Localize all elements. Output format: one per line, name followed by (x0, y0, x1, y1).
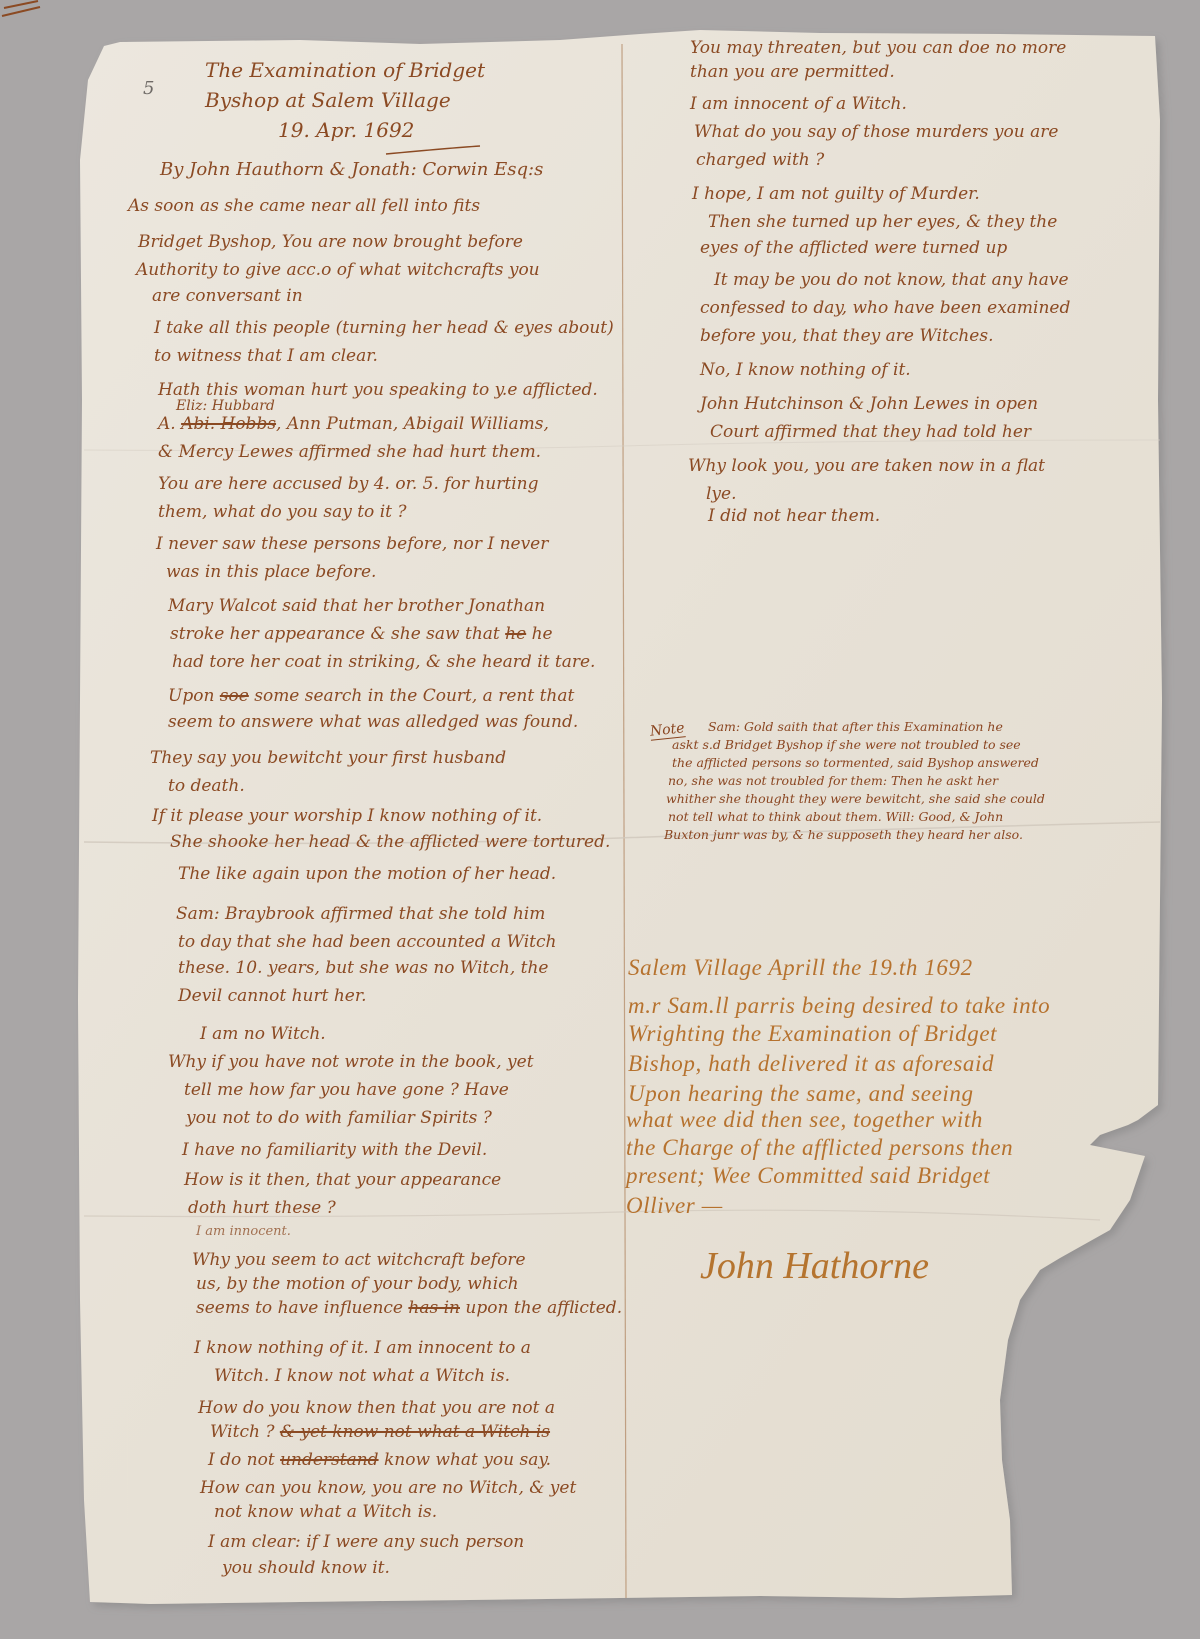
transcript-line: eyes of the afflicted were turned up (700, 238, 1007, 258)
transcript-line: Court affirmed that they had told her (710, 422, 1031, 442)
transcript-line: How do you know then that you are not a (198, 1398, 555, 1418)
transcript-line: seem to answere what was alledged was fo… (168, 712, 578, 732)
transcript-line: was in this place before. (166, 562, 376, 582)
transcript-line: than you are permitted. (690, 62, 895, 82)
note-line: Sam: Gold saith that after this Examinat… (708, 720, 1003, 734)
transcript-line: I am clear: if I were any such person (208, 1532, 524, 1552)
transcript-line: stroke her appearance & she saw that he … (170, 624, 553, 644)
transcript-line: tell me how far you have gone ? Have (184, 1080, 509, 1100)
note-line: Buxton junr was by, & he supposeth they … (664, 828, 1023, 842)
transcript-line: you should know it. (222, 1558, 390, 1578)
title-line-1: The Examination of Bridget (205, 60, 485, 80)
transcript-line: What do you say of those murders you are (694, 122, 1058, 142)
transcript-line: to witness that I am clear. (154, 346, 378, 366)
transcript-line: Authority to give acc.o of what witchcra… (136, 260, 540, 280)
transcript-line: I am innocent. (196, 1222, 291, 1242)
note-line: askt s.d Bridget Byshop if she were not … (672, 738, 1021, 752)
transcript-line: How is it then, that your appearance (184, 1170, 501, 1190)
transcript-line: Why if you have not wrote in the book, y… (168, 1052, 534, 1072)
attestation-line: Bishop, hath delivered it as aforesaid (628, 1054, 994, 1074)
transcript-line: charged with ? (696, 150, 824, 170)
transcript-line: The like again upon the motion of her he… (178, 864, 556, 884)
page-number: 5 (143, 78, 154, 99)
transcript-line: Witch. I know not what a Witch is. (214, 1366, 510, 1386)
transcript-line: I take all this people (turning her head… (154, 318, 614, 338)
transcript-line: She shooke her head & the afflicted were… (170, 832, 610, 852)
transcript-line: I never saw these persons before, nor I … (156, 534, 548, 554)
transcript-line: A. Abi. Hobbs, Ann Putman, Abigail Willi… (158, 414, 549, 434)
transcript-line: You may threaten, but you can doe no mor… (690, 38, 1066, 58)
attestation-line: Wrighting the Examination of Bridget (628, 1024, 997, 1044)
transcript-line: doth hurt these ? (188, 1198, 336, 1218)
transcript-line: They say you bewitcht your first husband (150, 748, 506, 768)
note-line: whither she thought they were bewitcht, … (666, 792, 1045, 806)
manuscript-page: 5 The Examination of Bridget Byshop at S… (0, 0, 1200, 1639)
transcript-line: I am innocent of a Witch. (690, 94, 907, 114)
margin-mark-icon (0, 0, 44, 18)
transcript-line: Why you seem to act witchcraft before (192, 1250, 526, 1270)
attestation-line: Upon hearing the same, and seeing (628, 1084, 974, 1104)
title-date: 19. Apr. 1692 (278, 120, 414, 140)
transcript-line: us, by the motion of your body, which (196, 1274, 519, 1294)
transcript-line: It may be you do not know, that any have (714, 270, 1069, 290)
interlined-name: Eliz: Hubbard (176, 396, 275, 416)
transcript-line: had tore her coat in striking, & she hea… (172, 652, 595, 672)
transcript-line: I am no Witch. (200, 1024, 326, 1044)
note-line: the afflicted persons so tormented, said… (672, 756, 1039, 770)
transcript-line: I do not understand know what you say. (208, 1450, 551, 1470)
transcript-line: How can you know, you are no Witch, & ye… (200, 1478, 576, 1498)
transcript-line: If it please your worship I know nothing… (152, 806, 542, 826)
transcript-line: to day that she had been accounted a Wit… (178, 932, 556, 952)
attestation-line: the Charge of the afflicted persons then (626, 1138, 1013, 1158)
transcript-line: Why look you, you are taken now in a fla… (688, 456, 1045, 476)
examiners-line: By John Hauthorn & Jonath: Corwin Esq:s (160, 160, 543, 180)
transcript-line: Then she turned up her eyes, & they the (708, 212, 1057, 232)
transcript-line: You are here accused by 4. or. 5. for hu… (158, 474, 538, 494)
transcript-line: are conversant in (152, 286, 303, 306)
attestation-heading: Salem Village Aprill the 19.th 1692 (628, 958, 973, 978)
transcript-line: No, I know nothing of it. (700, 360, 911, 380)
transcript-line: Sam: Braybrook affirmed that she told hi… (176, 904, 545, 924)
transcript-line: Bridget Byshop, You are now brought befo… (138, 232, 523, 252)
transcript-line: I know nothing of it. I am innocent to a (194, 1338, 531, 1358)
transcript-line: them, what do you say to it ? (158, 502, 406, 522)
transcript-line: to death. (168, 776, 245, 796)
transcript-line: Upon soe some search in the Court, a ren… (168, 686, 574, 706)
attestation-line: what wee did then see, together with (626, 1110, 983, 1130)
transcript-line: As soon as she came near all fell into f… (128, 196, 480, 216)
transcript-line: & Mercy Lewes affirmed she had hurt them… (158, 442, 541, 462)
transcript-line: Witch ? & yet know not what a Witch is (210, 1422, 550, 1442)
attestation-line: m.r Sam.ll parris being desired to take … (628, 996, 1050, 1016)
note-line: not tell what to think about them. Will:… (668, 810, 1003, 824)
transcript-line: confessed to day, who have been examined (700, 298, 1070, 318)
transcript-line: I did not hear them. (708, 506, 880, 526)
transcript-line: before you, that they are Witches. (700, 326, 993, 346)
transcript-line: these. 10. years, but she was no Witch, … (178, 958, 549, 978)
transcript-line: you not to do with familiar Spirits ? (186, 1108, 492, 1128)
signature: John Hathorne (700, 1244, 929, 1288)
note-line: no, she was not troubled for them: Then … (668, 774, 998, 788)
attestation-line: Olliver — (626, 1196, 723, 1216)
title-line-2: Byshop at Salem Village (205, 90, 451, 110)
transcript-line: seems to have influence has in upon the … (196, 1298, 622, 1318)
transcript-line: John Hutchinson & John Lewes in open (700, 394, 1038, 414)
transcript-line: Devil cannot hurt her. (178, 986, 367, 1006)
transcript-line: Mary Walcot said that her brother Jonath… (168, 596, 545, 616)
transcript-line: not know what a Witch is. (214, 1502, 437, 1522)
attestation-line: present; Wee Committed said Bridget (626, 1166, 990, 1186)
transcript-line: lye. (706, 484, 737, 504)
transcript-line: I hope, I am not guilty of Murder. (692, 184, 980, 204)
transcript-line: I have no familiarity with the Devil. (182, 1140, 487, 1160)
